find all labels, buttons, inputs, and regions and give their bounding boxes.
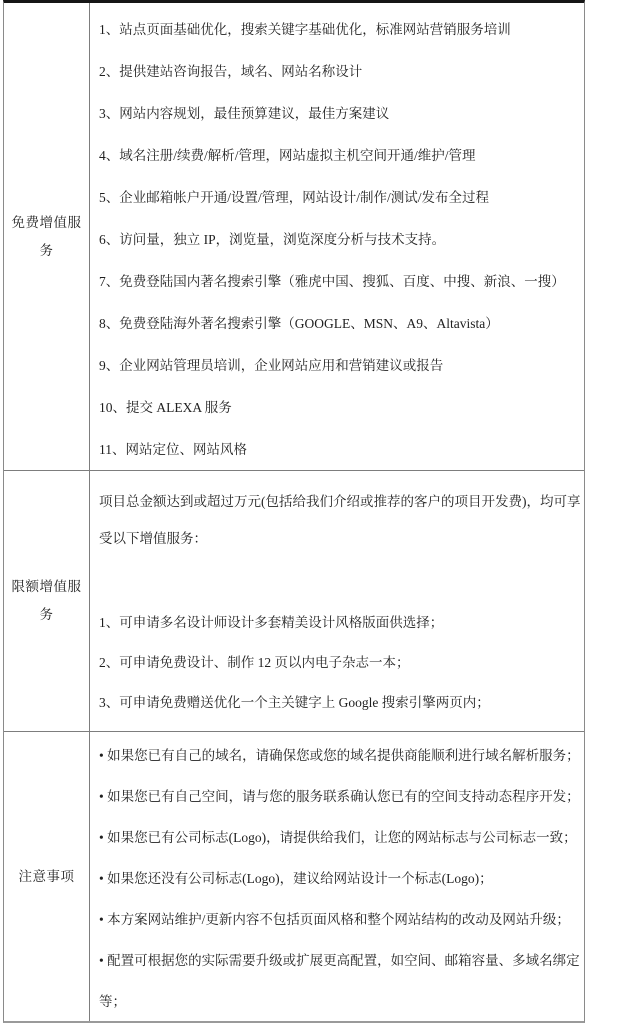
list-item: • 如果您已有自己的域名，请确保您或您的域名提供商能顺利进行域名解析服务； xyxy=(99,735,581,776)
list-item: • 配置可根据您的实际需要升级或扩展更高配置，如空间、邮箱容量、多域名绑定等； xyxy=(99,940,581,1021)
list-item: 1、站点页面基础优化，搜索关键字基础优化，标准网站营销服务培训 xyxy=(99,9,581,51)
list-item: 2、可申请免费设计、制作 12 页以内电子杂志一本； xyxy=(99,643,581,683)
row-content-cell: 1、站点页面基础优化，搜索关键字基础优化，标准网站营销服务培训 2、提供建站咨询… xyxy=(90,3,584,470)
list-item: • 本方案网站维护/更新内容不包括页面风格和整个网站结构的改动及网站升级； xyxy=(99,899,581,940)
list-item: 3、网站内容规划，最佳预算建议，最佳方案建议 xyxy=(99,93,581,135)
list-item: 4、域名注册/续费/解析/管理，网站虚拟主机空间开通/维护/管理 xyxy=(99,135,581,177)
row-header-cell: 注意事项 xyxy=(4,732,90,1021)
list-item: 9、企业网站管理员培训，企业网站应用和营销建议或报告 xyxy=(99,345,581,387)
list-item: 11、网站定位、网站风格 xyxy=(99,429,581,470)
list-item: 8、免费登陆海外著名搜索引擎（GOOGLE、MSN、A9、Altavista） xyxy=(99,303,581,345)
table-row-quota-services: 限额增值服务 项目总金额达到或超过万元(包括给我们介绍或推荐的客户的项目开发费)… xyxy=(4,471,584,732)
row-header-cell: 限额增值服务 xyxy=(4,471,90,731)
list-item: • 如果您已有公司标志(Logo)，请提供给我们，让您的网站标志与公司标志一致； xyxy=(99,817,581,858)
list-item: 6、访问量，独立 IP，浏览量，浏览深度分析与技术支持。 xyxy=(99,219,581,261)
row-header-cell: 免费增值服务 xyxy=(4,3,90,470)
row-label: 免费增值服务 xyxy=(11,209,83,265)
list-item: 7、免费登陆国内著名搜索引擎（雅虎中国、搜狐、百度、中搜、新浪、一搜） xyxy=(99,261,581,303)
row-label: 注意事项 xyxy=(11,863,83,891)
document-page: 免费增值服务 1、站点页面基础优化，搜索关键字基础优化，标准网站营销服务培训 2… xyxy=(0,0,631,1032)
list-item: • 如果您还没有公司标志(Logo)，建议给网站设计一个标志(Logo)； xyxy=(99,858,581,899)
row-label: 限额增值服务 xyxy=(11,573,83,629)
row-content-cell: • 如果您已有自己的域名，请确保您或您的域名提供商能顺利进行域名解析服务； • … xyxy=(90,732,584,1021)
table-row-notes: 注意事项 • 如果您已有自己的域名，请确保您或您的域名提供商能顺利进行域名解析服… xyxy=(4,732,584,1021)
list-item: 3、可申请免费赠送优化一个主关键字上 Google 搜索引擎两页内； xyxy=(99,683,581,723)
table-row-free-services: 免费增值服务 1、站点页面基础优化，搜索关键字基础优化，标准网站营销服务培训 2… xyxy=(4,3,584,471)
intro-paragraph: 项目总金额达到或超过万元(包括给我们介绍或推荐的客户的项目开发费)，均可享受以下… xyxy=(99,483,581,557)
list-item: 10、提交 ALEXA 服务 xyxy=(99,387,581,429)
list-item: 1、可申请多名设计师设计多套精美设计风格版面供选择； xyxy=(99,603,581,643)
list-item: 2、提供建站咨询报告，域名、网站名称设计 xyxy=(99,51,581,93)
value-added-services-table: 免费增值服务 1、站点页面基础优化，搜索关键字基础优化，标准网站营销服务培训 2… xyxy=(3,0,585,1023)
list-item: 5、企业邮箱帐户开通/设置/管理，网站设计/制作/测试/发布全过程 xyxy=(99,177,581,219)
row-content-cell: 项目总金额达到或超过万元(包括给我们介绍或推荐的客户的项目开发费)，均可享受以下… xyxy=(90,471,584,731)
list-item: • 如果您已有自己空间，请与您的服务联系确认您已有的空间支持动态程序开发； xyxy=(99,776,581,817)
